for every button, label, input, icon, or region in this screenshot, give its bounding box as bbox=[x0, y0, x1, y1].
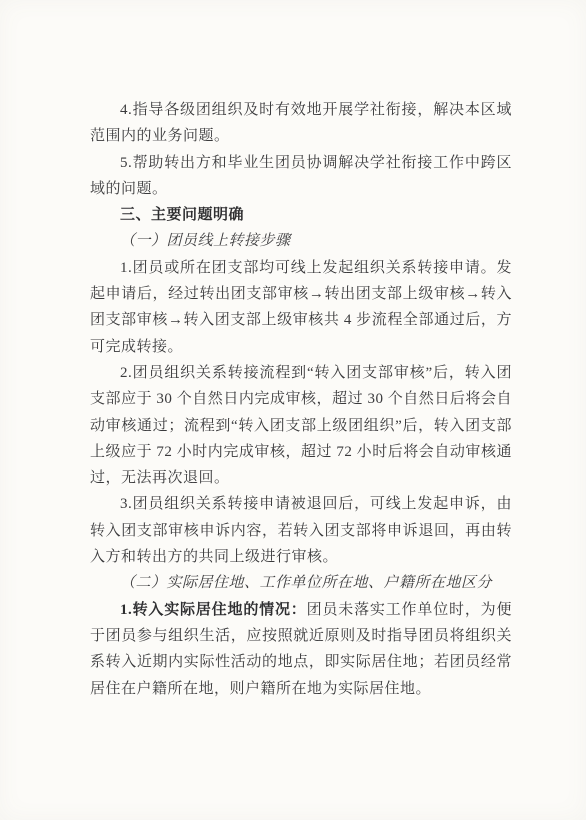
subsection-heading: （一）团员线上转接步骤 bbox=[90, 228, 512, 254]
paragraph: 1.转入实际居住地的情况：团员未落实工作单位时，为便于团员参与组织生活，应按照就… bbox=[90, 597, 512, 702]
document-page: 4.指导各级团组织及时有效地开展学社衔接，解决本区域范围内的业务问题。5.帮助转… bbox=[0, 0, 586, 820]
document-body: 4.指导各级团组织及时有效地开展学社衔接，解决本区域范围内的业务问题。5.帮助转… bbox=[90, 97, 512, 702]
paragraph-lead: 1.转入实际居住地的情况： bbox=[120, 602, 307, 618]
paragraph: 4.指导各级团组织及时有效地开展学社衔接，解决本区域范围内的业务问题。 bbox=[90, 97, 512, 150]
paragraph: 3.团员组织关系转接申请被退回后，可线上发起申诉，由转入团支部审核申诉内容，若转… bbox=[90, 491, 512, 570]
paragraph: 2.团员组织关系转接流程到“转入团支部审核”后，转入团支部应于 30 个自然日内… bbox=[90, 360, 512, 491]
section-heading: 三、主要问题明确 bbox=[90, 202, 512, 228]
paragraph: 5.帮助转出方和毕业生团员协调解决学社衔接工作中跨区域的问题。 bbox=[90, 150, 512, 203]
paragraph: 1.团员或所在团支部均可线上发起组织关系转接申请。发起申请后，经过转出团支部审核… bbox=[90, 255, 512, 360]
subsection-heading: （二）实际居住地、工作单位所在地、户籍所在地区分 bbox=[90, 570, 512, 596]
